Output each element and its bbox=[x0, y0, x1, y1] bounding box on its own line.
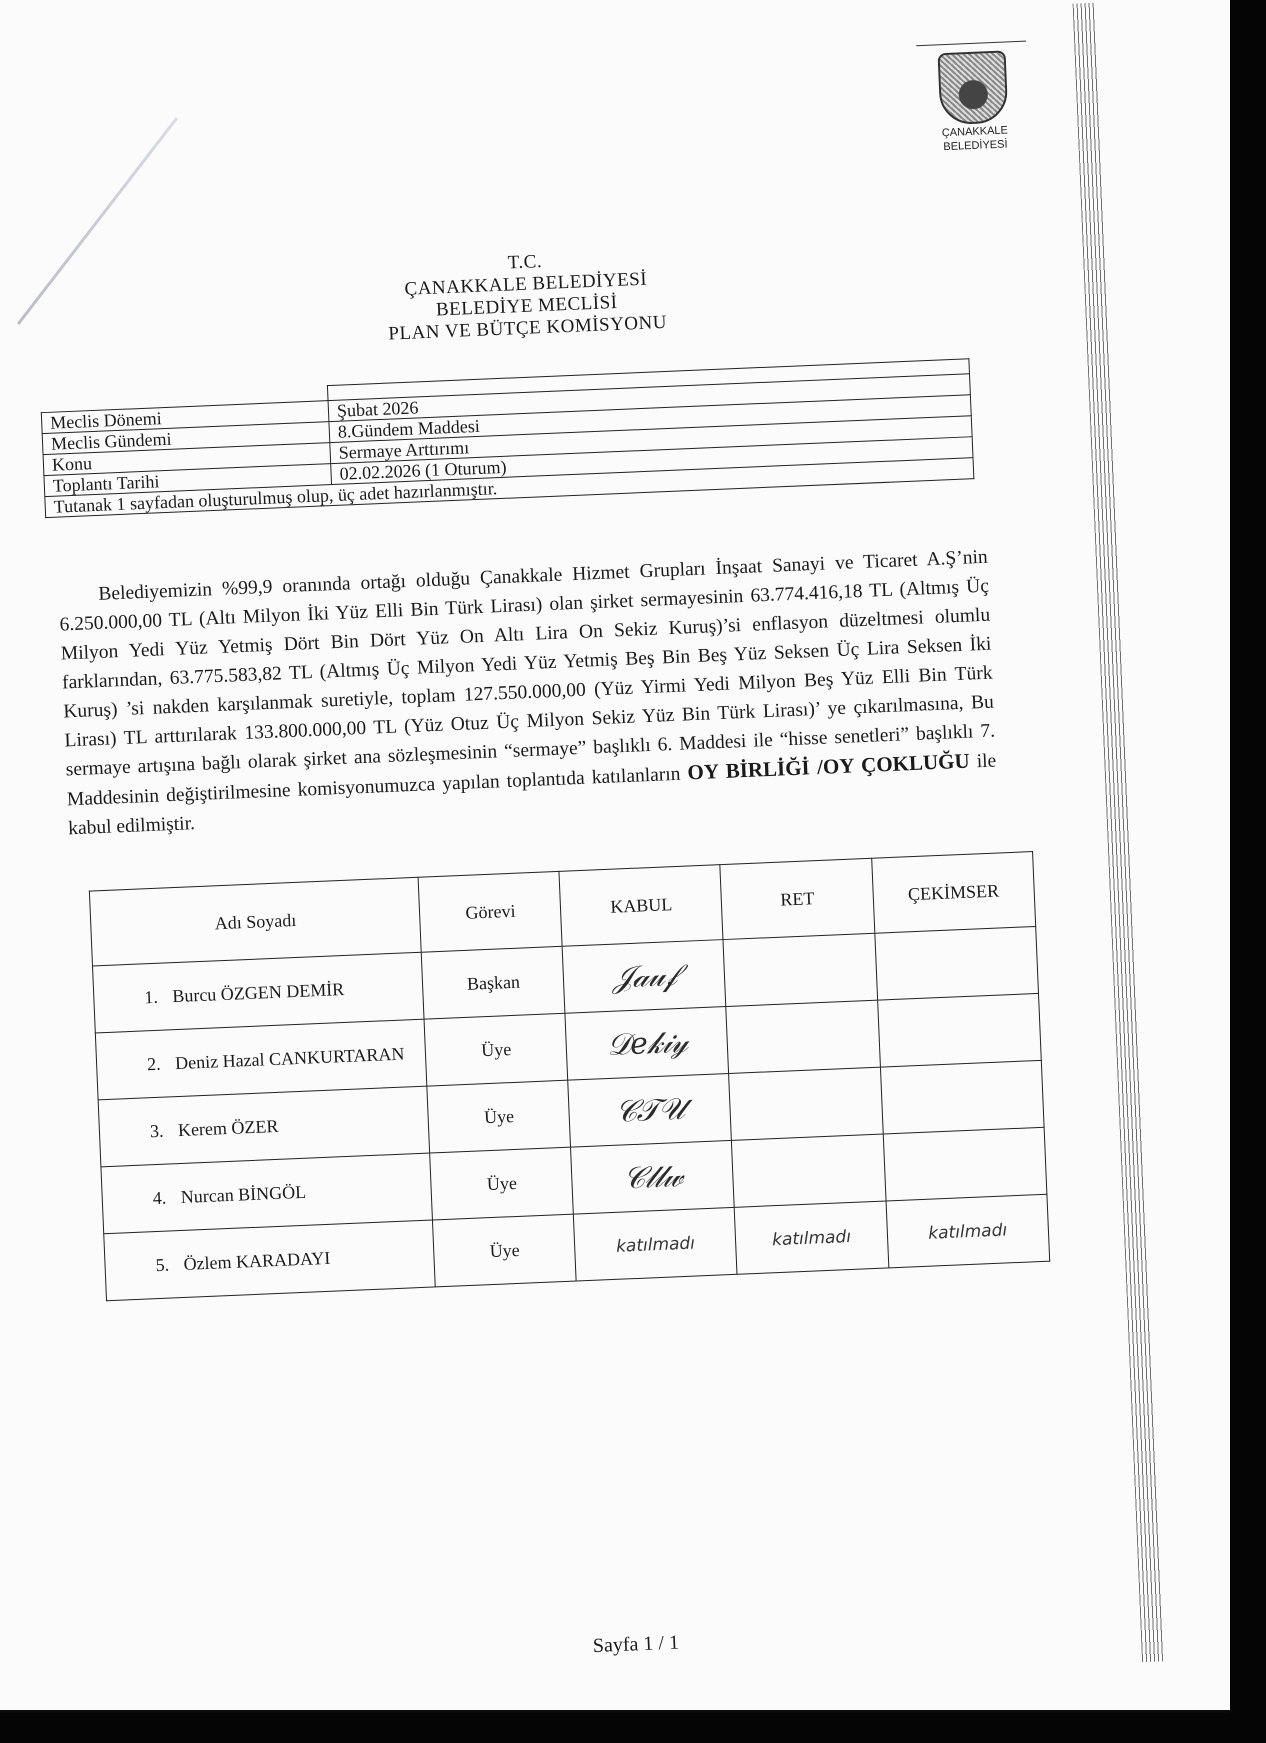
signature-icon: 𝒟𝑒𝓀𝒾𝓎 bbox=[606, 1024, 687, 1062]
decision-paragraph: Belediyemizin %99,9 oranında ortağı oldu… bbox=[58, 543, 998, 844]
signature-icon: 𝒥𝒶𝓊𝒻 bbox=[612, 958, 677, 996]
member-role: Üye bbox=[430, 1147, 574, 1220]
scan-artifact-line bbox=[17, 117, 178, 325]
document-page: ÇANAKKALE BELEDİYESİ T.C. ÇANAKKALE BELE… bbox=[6, 18, 1154, 1702]
municipality-crest-icon bbox=[938, 50, 1009, 125]
signature-icon: 𝒞𝓁𝓁𝓌 bbox=[623, 1159, 683, 1196]
header-role: Görevi bbox=[419, 871, 563, 952]
reject-cell bbox=[729, 1067, 883, 1140]
reject-cell-handwritten: katılmadı bbox=[735, 1201, 889, 1274]
accept-signature: 𝒞𝒯𝒰 bbox=[568, 1073, 732, 1147]
header-abstain: ÇEKİMSER bbox=[871, 852, 1035, 934]
abstain-cell bbox=[880, 1060, 1044, 1134]
accept-signature: 𝒞𝓁𝓁𝓌 bbox=[571, 1140, 735, 1214]
abstain-cell bbox=[874, 926, 1038, 1000]
signature-icon: 𝒞𝒯𝒰 bbox=[615, 1091, 685, 1129]
accept-cell-handwritten: katılmadı bbox=[574, 1207, 738, 1281]
vote-table: Adı Soyadı Görevi KABUL RET ÇEKİMSER 1.B… bbox=[89, 851, 1050, 1301]
header-accept: KABUL bbox=[559, 865, 723, 947]
scanner-edge-right bbox=[1230, 0, 1266, 1743]
reject-cell bbox=[723, 933, 877, 1006]
header-reject: RET bbox=[720, 858, 874, 939]
reject-cell bbox=[732, 1134, 886, 1207]
scanner-edge-bottom bbox=[0, 1713, 1266, 1743]
accept-signature: 𝒥𝒶𝓊𝒻 bbox=[562, 940, 726, 1014]
member-name: 5.Özlem KARADAYI bbox=[104, 1220, 436, 1301]
meeting-info-table: Meclis Dönemi Şubat 2026 Meclis Gündemi … bbox=[40, 358, 974, 518]
accept-signature: 𝒟𝑒𝓀𝒾𝓎 bbox=[565, 1007, 729, 1081]
header-name: Adı Soyadı bbox=[89, 877, 421, 966]
abstain-cell bbox=[883, 1127, 1047, 1201]
abstain-cell-handwritten: katılmadı bbox=[886, 1194, 1050, 1268]
municipality-logo: ÇANAKKALE BELEDİYESİ bbox=[926, 41, 1020, 154]
logo-rule bbox=[916, 41, 1026, 47]
reject-cell bbox=[726, 1000, 880, 1073]
vote-result-emphasis: OY BİRLİĞİ /OY ÇOKLUĞU bbox=[687, 749, 970, 785]
abstain-cell bbox=[877, 993, 1041, 1067]
document-header: T.C. ÇANAKKALE BELEDİYESİ BELEDİYE MECLİ… bbox=[315, 243, 738, 349]
member-role: Üye bbox=[427, 1080, 571, 1153]
member-role: Başkan bbox=[422, 946, 566, 1019]
logo-text-line2: BELEDİYESİ bbox=[930, 139, 1020, 154]
member-role: Üye bbox=[424, 1013, 568, 1086]
page-number: Sayfa 1 / 1 bbox=[592, 1632, 679, 1659]
member-role: Üye bbox=[433, 1214, 577, 1287]
